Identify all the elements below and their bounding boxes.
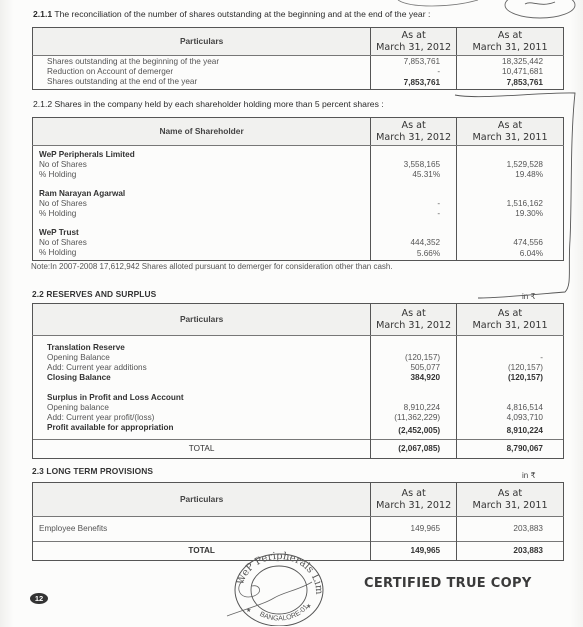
table-row: Add: Current year additions 505,077 (120… [33,363,564,373]
table-row: Add: Current year profit/(loss) (11,362,… [33,413,564,423]
shareholder-name-row: WeP Peripherals Limited [33,146,564,161]
total-row: TOTAL (2,067,085) 8,790,067 [33,440,564,459]
section-2-3-title: 2.3 LONG TERM PROVISIONS [32,466,153,476]
col-particulars: Particulars [33,304,371,336]
seal-bottom-text: BANGALORE-01 [258,604,309,623]
table-row: % Holding 45.31% 19.48% [33,170,564,180]
table-header-row: Particulars As atMarch 31, 2012 As atMar… [33,28,564,56]
share-reconciliation-table: Particulars As atMarch 31, 2012 As atMar… [32,27,564,90]
table-row: Profit available for appropriation (2,45… [33,423,564,440]
col-2012: As atMarch 31, 2012 [371,28,457,56]
table-row: Employee Benefits 149,965 203,883 [33,517,564,542]
table-header-row: Particulars As atMarch 31, 2012 As atMar… [33,304,564,336]
section-2-2-title: 2.2 RESERVES AND SURPLUS [32,289,156,299]
col-particulars: Particulars [33,28,371,56]
table-row: Opening Balance (120,157) - [33,353,564,363]
table-row: No of Shares 3,558,165 1,529,528 [33,160,564,170]
table-row: Opening balance 8,910,224 4,816,514 [33,403,564,413]
col-2011: As atMarch 31, 2011 [457,304,564,336]
currency-unit: in ₹ [522,292,536,301]
table-header-row: Particulars As atMarch 31, 2012 As atMar… [33,483,564,517]
col-name-of-shareholder: Name of Shareholder [33,118,371,146]
table-row: Closing Balance 384,920 (120,157) [33,373,564,383]
table-row: Reduction on Account of demerger - 10,47… [33,67,564,77]
section-number: 2.1.1 [33,9,52,19]
certified-true-copy-label: CERTIFIED TRUE COPY [364,576,532,591]
table-row: % Holding 5.66% 6.04% [33,248,564,261]
page-number-badge: 12 [30,593,48,604]
col-particulars: Particulars [33,483,371,517]
col-2012: As atMarch 31, 2012 [371,304,457,336]
demerger-note: Note:In 2007-2008 17,612,942 Shares allo… [31,262,393,271]
reserves-surplus-table: Particulars As atMarch 31, 2012 As atMar… [32,303,564,459]
table-header-row: Name of Shareholder As atMarch 31, 2012 … [33,118,564,146]
table-row: No of Shares 444,352 474,556 [33,238,564,248]
group-heading-row: Translation Reserve [33,336,564,354]
document-page: 2.1.1 The reconciliation of the number o… [0,0,583,627]
col-2012: As atMarch 31, 2012 [371,483,457,517]
shareholder-name-row: WeP Trust [33,219,564,238]
col-2011: As atMarch 31, 2011 [457,28,564,56]
col-2011: As atMarch 31, 2011 [457,483,564,517]
col-2012: As atMarch 31, 2012 [371,118,457,146]
section-2-1-1-title: 2.1.1 The reconciliation of the number o… [33,9,430,19]
table-row: Shares outstanding at the end of the yea… [33,77,564,90]
major-shareholders-table: Name of Shareholder As atMarch 31, 2012 … [32,117,564,261]
section-title-text: The reconciliation of the number of shar… [54,9,430,19]
col-2011: As atMarch 31, 2011 [457,118,564,146]
group-heading-row: Surplus in Profit and Loss Account [33,383,564,403]
company-seal-stamp: WeP Peripherals Limited BANGALORE-01 ★ ★ [224,546,334,626]
table-row: Shares outstanding at the beginning of t… [33,56,564,68]
section-2-1-2-title: 2.1.2 Shares in the company held by each… [33,99,384,109]
svg-text:★: ★ [306,603,311,610]
table-row: % Holding - 19.30% [33,209,564,219]
currency-unit: in ₹ [522,471,536,480]
shareholder-name-row: Ram Narayan Agarwal [33,180,564,199]
table-row: No of Shares - 1,516,162 [33,199,564,209]
